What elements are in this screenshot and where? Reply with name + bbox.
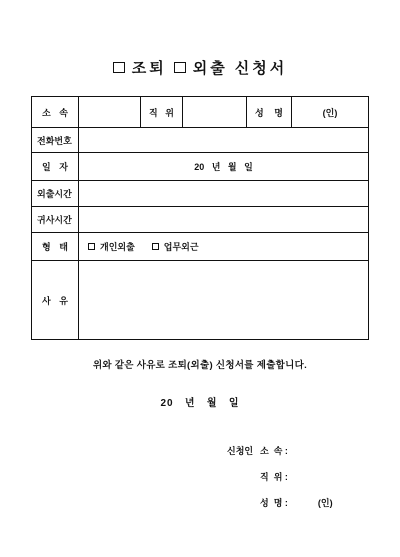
outing-checkbox[interactable] <box>174 62 186 73</box>
personal-outing-checkbox[interactable] <box>88 243 95 250</box>
title-option-outing: 외출 <box>193 57 228 78</box>
personal-outing-label: 개인외출 <box>100 240 135 253</box>
date-input[interactable]: 20 년 월 일 <box>79 153 368 180</box>
business-outing-label: 업무외근 <box>164 240 199 253</box>
type-options-cell: 개인외출 업무외근 <box>79 233 368 260</box>
return-time-label-cell: 귀사시간 <box>32 207 79 232</box>
type-option-business: 업무외근 <box>152 240 199 253</box>
signature-row-name: 성 명 : (인) <box>227 496 333 508</box>
sig-affiliation-label: 소 속 : <box>260 444 288 457</box>
document-page: 조퇴 외출 신청서 소 속 직 위 성 명 (인) 전화번호 일 자 20 년 … <box>0 0 400 557</box>
position-label-cell: 직 위 <box>141 97 183 127</box>
table-row-type: 형 태 개인외출 업무외근 <box>32 233 368 261</box>
leave-early-checkbox[interactable] <box>113 62 125 73</box>
out-time-input[interactable] <box>79 181 368 206</box>
phone-label-cell: 전화번호 <box>32 128 79 152</box>
sig-position-label: 직 위 : <box>260 470 288 483</box>
seal-cell: (인) <box>292 97 368 127</box>
table-row-date: 일 자 20 년 월 일 <box>32 153 368 181</box>
table-row-phone: 전화번호 <box>32 128 368 153</box>
applicant-label: 신청인 <box>227 444 260 457</box>
form-title: 조퇴 외출 신청서 <box>0 56 400 78</box>
signature-row-position: 직 위 : <box>227 470 333 482</box>
sig-name-seal: (인) <box>318 496 333 509</box>
submission-statement: 위와 같은 사유로 조퇴(외출) 신청서를 제출합니다. <box>0 357 400 371</box>
business-outing-checkbox[interactable] <box>152 243 159 250</box>
affiliation-label-cell: 소 속 <box>32 97 79 127</box>
table-row-out-time: 외출시간 <box>32 181 368 207</box>
table-row-reason: 사 유 <box>32 261 368 339</box>
request-form-table: 소 속 직 위 성 명 (인) 전화번호 일 자 20 년 월 일 외출시간 귀… <box>31 96 369 340</box>
reason-input[interactable] <box>79 261 368 339</box>
name-label-cell: 성 명 <box>247 97 292 127</box>
submission-date-line: 20 년 월 일 <box>0 394 400 409</box>
type-option-personal: 개인외출 <box>88 240 135 253</box>
type-label-cell: 형 태 <box>32 233 79 260</box>
table-row-return-time: 귀사시간 <box>32 207 368 233</box>
title-option-leave-early: 조퇴 <box>132 57 167 78</box>
return-time-input[interactable] <box>79 207 368 232</box>
sig-name-label: 성 명 : <box>260 496 288 509</box>
position-input[interactable] <box>183 97 247 127</box>
signature-row-affiliation: 신청인 소 속 : <box>227 444 333 456</box>
affiliation-input[interactable] <box>79 97 141 127</box>
out-time-label-cell: 외출시간 <box>32 181 79 206</box>
reason-label-cell: 사 유 <box>32 261 79 339</box>
table-row-identity: 소 속 직 위 성 명 (인) <box>32 97 368 128</box>
phone-input[interactable] <box>79 128 368 152</box>
date-label-cell: 일 자 <box>32 153 79 180</box>
title-suffix: 신청서 <box>235 57 287 78</box>
signature-block: 신청인 소 속 : 직 위 : 성 명 : (인) <box>227 444 333 522</box>
